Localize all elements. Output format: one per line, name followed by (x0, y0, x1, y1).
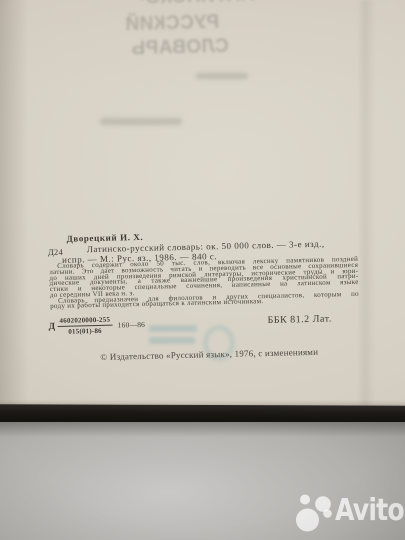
catalog-letter: Д (49, 322, 56, 332)
avito-logo-icon (292, 492, 334, 534)
avito-watermark: Avito (292, 492, 405, 534)
catalog-denominator: 015(01)-86 (58, 326, 113, 336)
avito-wordmark: Avito (335, 496, 404, 526)
imprint-block: Дворецкий И. Х. Д24 Латинско-русский сло… (0, 0, 405, 408)
copyright-line: © Издательство «Русский язык», 1976, с и… (100, 347, 318, 362)
catalog-index: Д24 (48, 247, 63, 257)
author-line: Дворецкий И. Х. (66, 232, 143, 244)
annotation: Словарь содержит около 50 тыс. слов, вкл… (49, 257, 359, 310)
catalog-code: 160—86 (118, 320, 146, 330)
catalog-fraction: 4602020000-255 015(01)-86 (57, 316, 112, 336)
book-page: ЛАТИНСКО- РУССКИЙ СЛОВАРЬ Дворецкий И. Х… (0, 0, 405, 407)
book-photo: ЛАТИНСКО- РУССКИЙ СЛОВАРЬ Дворецкий И. Х… (0, 0, 405, 540)
bbk-code: ББК 81.2 Лат. (267, 313, 331, 326)
